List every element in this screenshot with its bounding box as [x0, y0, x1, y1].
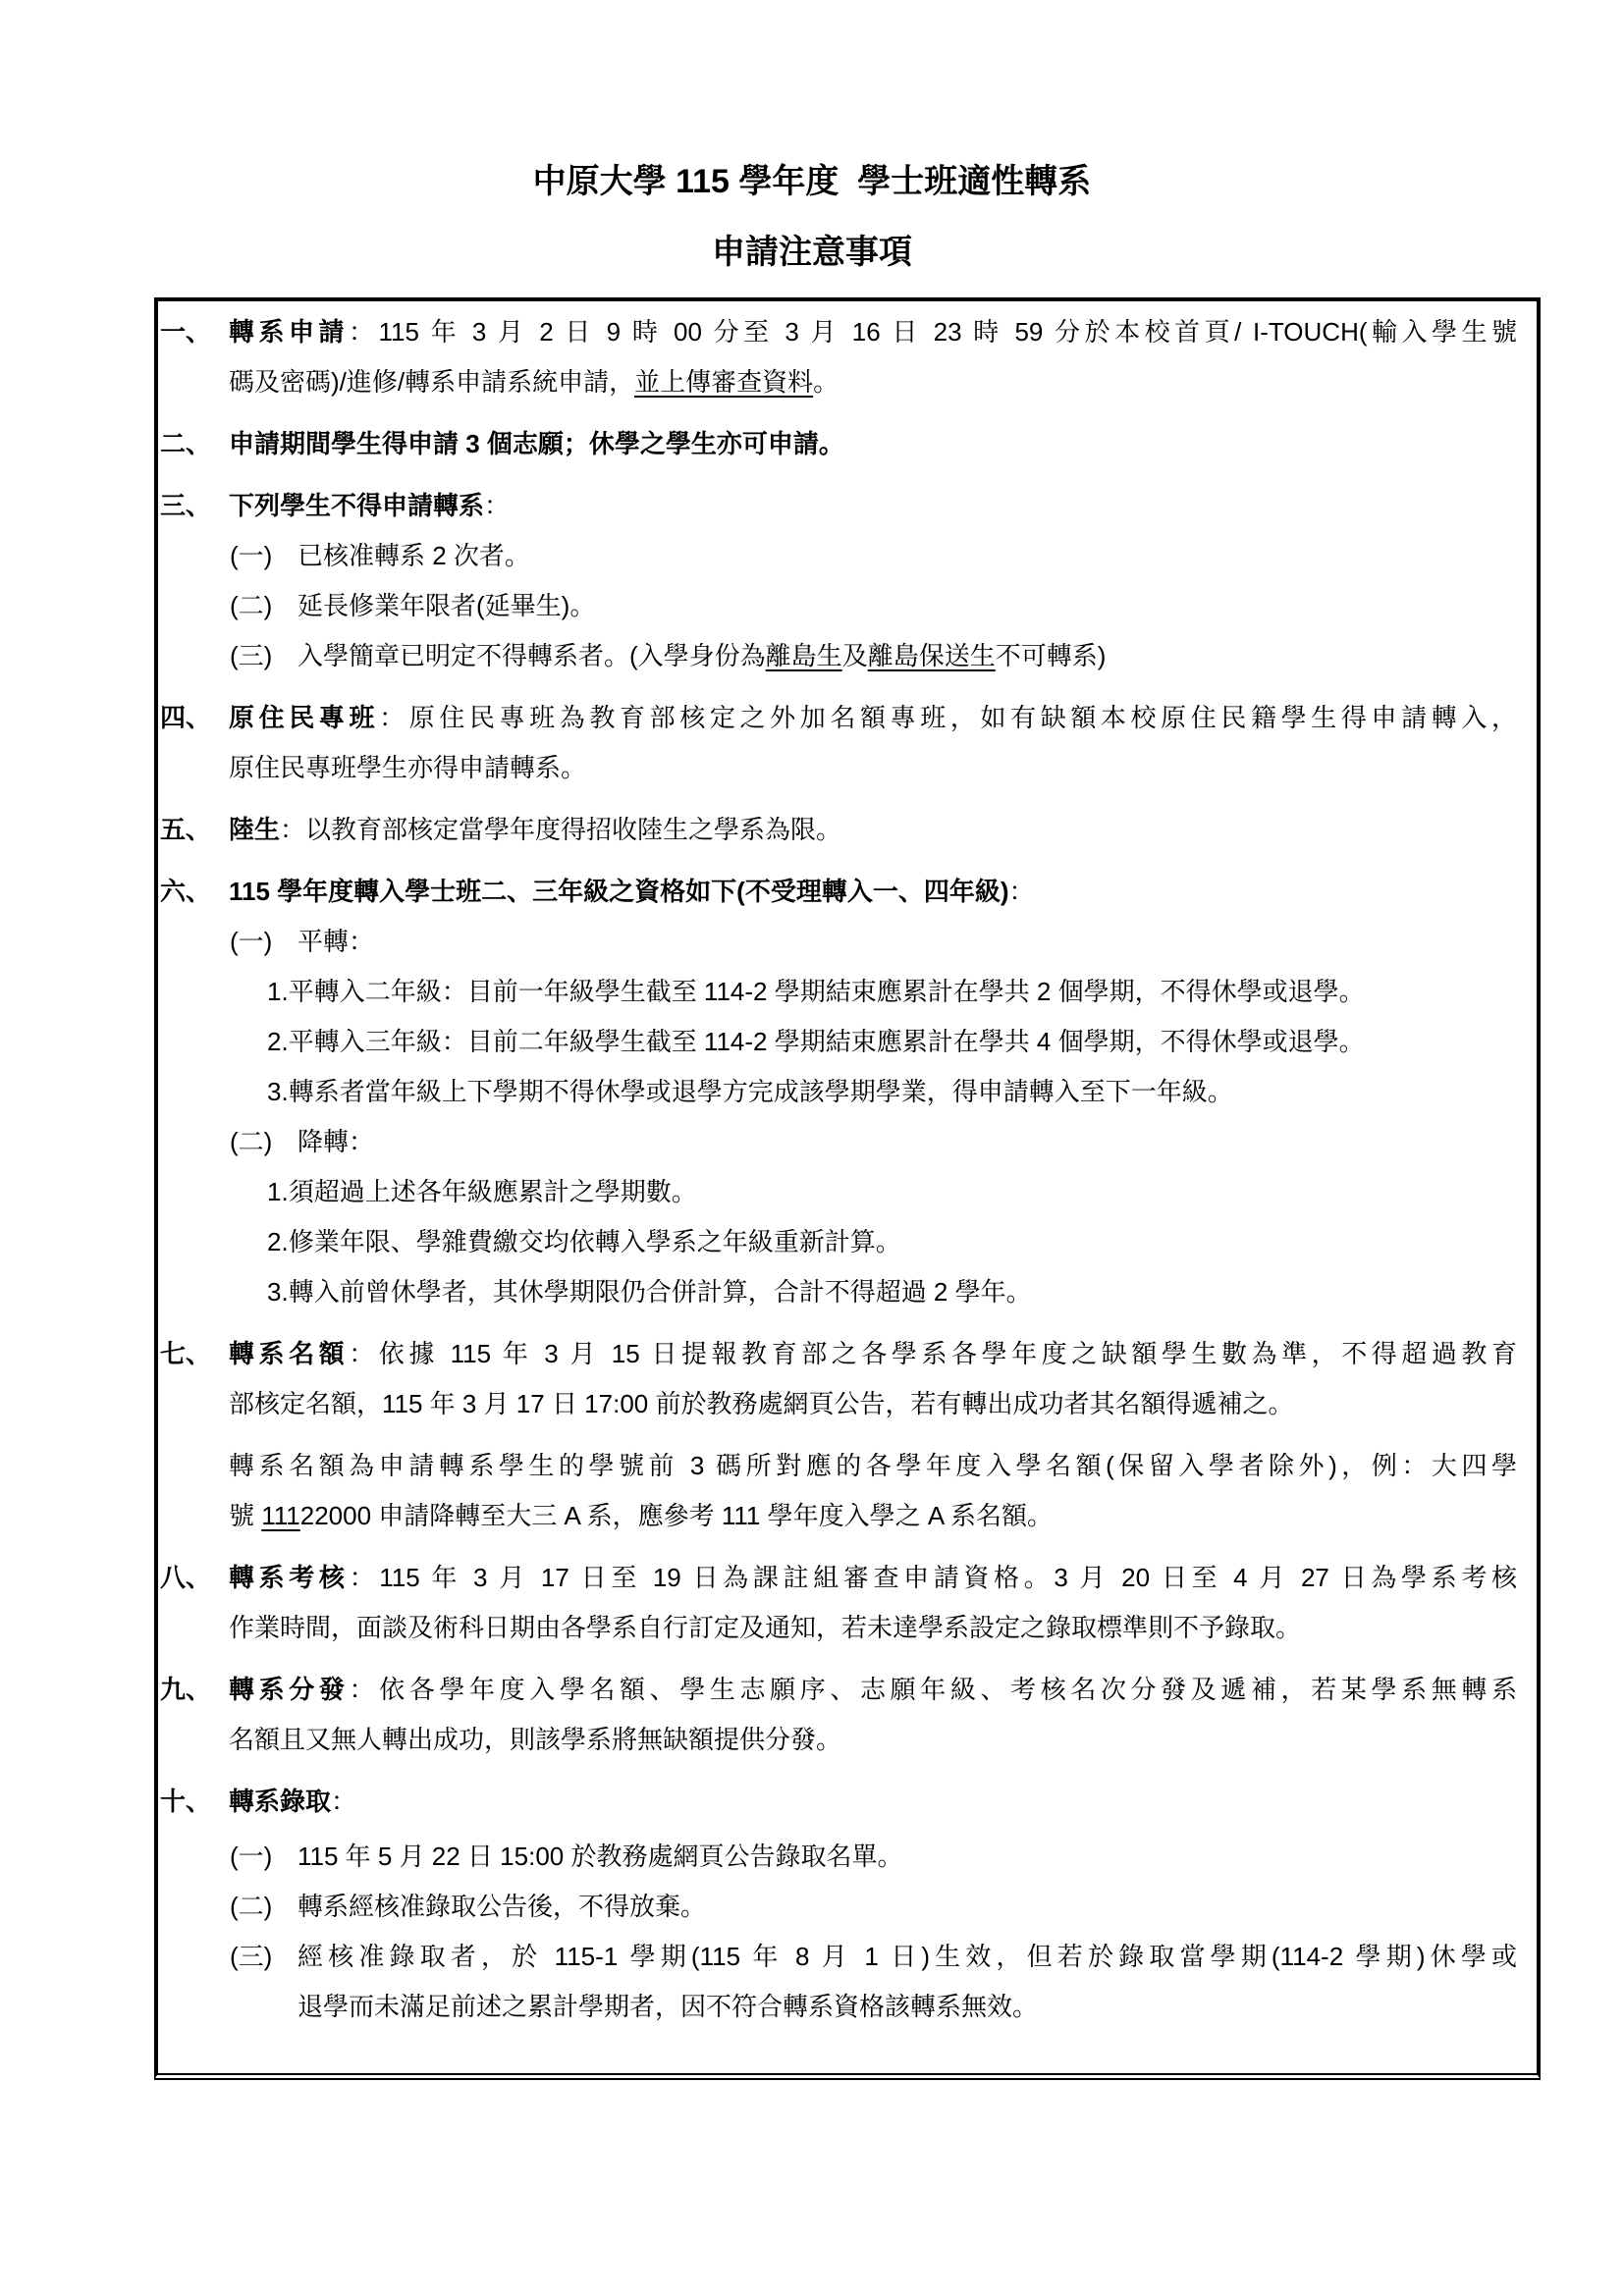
section-choices: 二、申請期間學生得申請 3 個志願；休學之學生亦可申請。 — [158, 419, 1537, 469]
sub-item-text: 經核准錄取者，於 115-1 學期(115 年 8 月 1 日)生效，但若於錄取… — [298, 1932, 1517, 1982]
section-body: 作業時間，面談及術科日期由各學系自行訂定及通知，若未達學系設定之錄取標準則不予錄… — [229, 1613, 1301, 1642]
item-number: 1. — [267, 977, 289, 1006]
section-mainland-students: 五、陸生：以教育部核定當學年度得招收陸生之學系為限。 — [158, 805, 1537, 855]
section-body: 部核定名額，115 年 3 月 17 日 17:00 前於教務處網頁公告，若有轉… — [229, 1389, 1293, 1418]
sub-item-text: 入學簡章已明定不得轉系者。(入學身份為 — [298, 641, 766, 670]
section-body: ：原住民專班為教育部核定之外加名額專班，如有缺額本校原住民籍學生得申請轉入， — [379, 703, 1517, 732]
item-number: 1. — [267, 1177, 289, 1206]
section-text: 轉系考核：115 年 3 月 17 日至 19 日為課註組審查申請資格。3 月 … — [229, 1553, 1517, 1603]
section-transfer-quota: 七、轉系名額：依據 115 年 3 月 15 日提報教育部之各學系各學年度之缺額… — [158, 1329, 1537, 1541]
item-number: 2. — [267, 1027, 289, 1056]
section-line: 十、轉系錄取： — [160, 1777, 1537, 1827]
sub-item-label: (二) — [230, 1882, 298, 1932]
section-body: 名額且又無人轉出成功，則該學系將無缺額提供分發。 — [229, 1725, 841, 1754]
section-text: 原住民專班：原住民專班為教育部核定之外加名額專班，如有缺額本校原住民籍學生得申請… — [229, 693, 1517, 743]
sub-item-continued: 退學而未滿足前述之累計學期者，因不符合轉系資格該轉系無效。 — [160, 1982, 1537, 2032]
note-text: 22000 申請降轉至大三 A 系，應參考 111 學年度入學之 A 系名額。 — [300, 1501, 1053, 1530]
section-ineligible-students: 三、下列學生不得申請轉系： (一)已核准轉系 2 次者。 (二)延長修業年限者(… — [158, 481, 1537, 681]
sub-item: (三)入學簡章已明定不得轉系者。(入學身份為離島生及離島保送生不可轉系) — [160, 631, 1537, 681]
section-line: 三、下列學生不得申請轉系： — [160, 481, 1537, 531]
section-line: 四、原住民專班：原住民專班為教育部核定之外加名額專班，如有缺額本校原住民籍學生得… — [160, 693, 1537, 743]
sub-item-text: 115 年 5 月 22 日 15:00 於教務處網頁公告錄取名單。 — [298, 1842, 902, 1871]
section-line-continued: 原住民專班學生亦得申請轉系。 — [160, 743, 1537, 793]
section-body: 原住民專班學生亦得申請轉系。 — [229, 753, 586, 782]
section-line: 八、轉系考核：115 年 3 月 17 日至 19 日為課註組審查申請資格。3 … — [160, 1553, 1537, 1603]
section-body: ：115 年 3 月 17 日至 19 日為課註組審查申請資格。3 月 20 日… — [350, 1563, 1517, 1592]
section-line: 二、申請期間學生得申請 3 個志願；休學之學生亦可申請。 — [160, 419, 1537, 469]
section-number: 三、 — [160, 481, 229, 531]
section-text: 轉系名額：依據 115 年 3 月 15 日提報教育部之各學系各學年度之缺額學生… — [229, 1329, 1517, 1379]
item-text: 轉入前曾休學者，其休學期限仍合併計算，合計不得超過 2 學年。 — [289, 1277, 1032, 1307]
numbered-item: 2.平轉入三年級：目前二年級學生截至 114-2 學期結束應累計在學共 4 個學… — [160, 1017, 1537, 1067]
section-indigenous-class: 四、原住民專班：原住民專班為教育部核定之外加名額專班，如有缺額本校原住民籍學生得… — [158, 693, 1537, 793]
numbered-item: 3.轉系者當年級上下學期不得休學或退學方完成該學期學業，得申請轉入至下一年級。 — [160, 1067, 1537, 1117]
sub-item-label: (三) — [230, 1932, 298, 1982]
sub-item-label: (一) — [230, 531, 298, 581]
underlined-text: 111 — [261, 1501, 300, 1530]
section-body: ：以教育部核定當學年度得招收陸生之學系為限。 — [280, 815, 841, 844]
item-number: 3. — [267, 1277, 289, 1307]
numbered-item: 1.平轉入二年級：目前一年級學生截至 114-2 學期結束應累計在學共 2 個學… — [160, 967, 1537, 1017]
section-number: 十、 — [160, 1777, 229, 1827]
section-number: 九、 — [160, 1665, 229, 1715]
section-lead: 115 學年度轉入學士班二、三年級之資格如下(不受理轉入一、四年級) — [229, 877, 1009, 906]
section-line-continued: 作業時間，面談及術科日期由各學系自行訂定及通知，若未達學系設定之錄取標準則不予錄… — [160, 1603, 1537, 1653]
sub-item-text: 及 — [842, 641, 868, 670]
sub-item-label: (二) — [230, 581, 298, 631]
sub-item-text: 延長修業年限者(延畢生)。 — [298, 591, 595, 620]
sub-item: (一)已核准轉系 2 次者。 — [160, 531, 1537, 581]
section-lead: 轉系錄取 — [229, 1787, 331, 1816]
section-transfer-assessment: 八、轉系考核：115 年 3 月 17 日至 19 日為課註組審查申請資格。3 … — [158, 1553, 1537, 1653]
item-number: 3. — [267, 1077, 289, 1106]
section-number: 二、 — [160, 419, 229, 469]
group-heading-lateral-transfer: (一)平轉： — [160, 917, 1537, 967]
document-title: 中原大學 115 學年度 學士班適性轉系 — [0, 160, 1624, 203]
underlined-text: 離島保送生 — [868, 641, 996, 670]
item-text: 平轉入三年級：目前二年級學生截至 114-2 學期結束應累計在學共 4 個學期，… — [289, 1027, 1365, 1056]
numbered-item: 2.修業年限、學雜費繳交均依轉入學系之年級重新計算。 — [160, 1217, 1537, 1267]
section-line: 七、轉系名額：依據 115 年 3 月 15 日提報教育部之各學系各學年度之缺額… — [160, 1329, 1537, 1379]
section-text: 轉系分發：依各學年度入學名額、學生志願序、志願年級、考核名次分發及遞補，若某學系… — [229, 1665, 1517, 1715]
sub-item-label: (一) — [230, 917, 298, 967]
note-text: 號 — [229, 1501, 261, 1530]
section-transfer-allocation: 九、轉系分發：依各學年度入學名額、學生志願序、志願年級、考核名次分發及遞補，若某… — [158, 1665, 1537, 1765]
section-text: 轉系申請：115 年 3 月 2 日 9 時 00 分至 3 月 16 日 23… — [229, 307, 1517, 357]
section-number: 六、 — [160, 867, 229, 917]
section-number: 五、 — [160, 805, 229, 855]
section-transfer-admission: 十、轉系錄取： (一)115 年 5 月 22 日 15:00 於教務處網頁公告… — [158, 1777, 1537, 2032]
group-title: 平轉： — [298, 927, 374, 956]
section-lead: 轉系申請 — [229, 317, 349, 347]
section-body: 碼及密碼)/進修/轉系申請系統申請， — [229, 367, 634, 397]
section-body: ：115 年 3 月 2 日 9 時 00 分至 3 月 16 日 23 時 5… — [349, 317, 1517, 347]
sub-item: (一)115 年 5 月 22 日 15:00 於教務處網頁公告錄取名單。 — [160, 1832, 1537, 1882]
sub-item-text: 轉系經核准錄取公告後，不得放棄。 — [298, 1892, 706, 1921]
sub-item-text: 退學而未滿足前述之累計學期者，因不符合轉系資格該轉系無效。 — [298, 1992, 1038, 2021]
section-line-continued: 部核定名額，115 年 3 月 17 日 17:00 前於教務處網頁公告，若有轉… — [160, 1379, 1537, 1429]
sub-item-label: (三) — [230, 631, 298, 681]
section-line: 九、轉系分發：依各學年度入學名額、學生志願序、志願年級、考核名次分發及遞補，若某… — [160, 1665, 1537, 1715]
item-text: 修業年限、學雜費繳交均依轉入學系之年級重新計算。 — [289, 1227, 901, 1256]
section-line-continued: 名額且又無人轉出成功，則該學系將無缺額提供分發。 — [160, 1715, 1537, 1765]
section-lead: 轉系考核 — [229, 1563, 350, 1592]
section-lead: 陸生 — [229, 815, 280, 844]
section-lead: 申請期間學生得申請 3 個志願；休學之學生亦可申請。 — [229, 429, 844, 458]
group-title: 降轉： — [298, 1127, 374, 1156]
underlined-text: 離島生 — [766, 641, 842, 670]
section-body: ： — [1009, 877, 1035, 906]
numbered-item: 3.轉入前曾休學者，其休學期限仍合併計算，合計不得超過 2 學年。 — [160, 1267, 1537, 1317]
sub-item: (三)經核准錄取者，於 115-1 學期(115 年 8 月 1 日)生效，但若… — [160, 1932, 1537, 1982]
numbered-item: 1.須超過上述各年級應累計之學期數。 — [160, 1167, 1537, 1217]
item-number: 2. — [267, 1227, 289, 1256]
underlined-text: 並上傳審查資料 — [634, 367, 813, 397]
section-body: ：依各學年度入學名額、學生志願序、志願年級、考核名次分發及遞補，若某學系無轉系 — [349, 1675, 1517, 1704]
item-text: 須超過上述各年級應累計之學期數。 — [289, 1177, 697, 1206]
section-body: ：依據 115 年 3 月 15 日提報教育部之各學系各學年度之缺額學生數為準，… — [349, 1339, 1517, 1368]
document-subtitle: 申請注意事項 — [0, 231, 1624, 274]
section-eligibility: 六、115 學年度轉入學士班二、三年級之資格如下(不受理轉入一、四年級)： (一… — [158, 867, 1537, 1317]
section-body: ： — [484, 491, 510, 520]
sub-item-label: (一) — [230, 1832, 298, 1882]
section-number: 四、 — [160, 693, 229, 743]
section-line-continued: 碼及密碼)/進修/轉系申請系統申請，並上傳審查資料。 — [160, 357, 1537, 407]
sub-item-text: 不可轉系) — [996, 641, 1107, 670]
section-lead: 轉系名額 — [229, 1339, 349, 1368]
section-application-period: 一、轉系申請：115 年 3 月 2 日 9 時 00 分至 3 月 16 日 … — [158, 307, 1537, 407]
sub-item-label: (二) — [230, 1117, 298, 1167]
section-lead: 下列學生不得申請轉系 — [229, 491, 484, 520]
section-line: 一、轉系申請：115 年 3 月 2 日 9 時 00 分至 3 月 16 日 … — [160, 307, 1537, 357]
section-number: 七、 — [160, 1329, 229, 1379]
item-text: 轉系者當年級上下學期不得休學或退學方完成該學期學業，得申請轉入至下一年級。 — [289, 1077, 1233, 1106]
quota-note: 轉系名額為申請轉系學生的學號前 3 碼所對應的各學年度入學名額(保留入學者除外)… — [160, 1441, 1537, 1491]
item-text: 平轉入二年級：目前一年級學生截至 114-2 學期結束應累計在學共 2 個學期，… — [289, 977, 1365, 1006]
section-line: 五、陸生：以教育部核定當學年度得招收陸生之學系為限。 — [160, 805, 1537, 855]
sub-item: (二)延長修業年限者(延畢生)。 — [160, 581, 1537, 631]
section-line: 六、115 學年度轉入學士班二、三年級之資格如下(不受理轉入一、四年級)： — [160, 867, 1537, 917]
section-body: 。 — [813, 367, 839, 397]
group-heading-downgrade-transfer: (二)降轉： — [160, 1117, 1537, 1167]
section-body: ： — [331, 1787, 356, 1816]
sub-item-text: 已核准轉系 2 次者。 — [298, 541, 530, 570]
section-lead: 轉系分發 — [229, 1675, 349, 1704]
quota-note-continued: 號 11122000 申請降轉至大三 A 系，應參考 111 學年度入學之 A … — [160, 1491, 1537, 1541]
section-number: 一、 — [160, 307, 229, 357]
section-lead: 原住民專班 — [229, 703, 379, 732]
section-number: 八、 — [160, 1553, 229, 1603]
notice-box: 一、轉系申請：115 年 3 月 2 日 9 時 00 分至 3 月 16 日 … — [154, 297, 1541, 2080]
note-text: 轉系名額為申請轉系學生的學號前 3 碼所對應的各學年度入學名額(保留入學者除外)… — [229, 1441, 1517, 1491]
sub-item: (二)轉系經核准錄取公告後，不得放棄。 — [160, 1882, 1537, 1932]
